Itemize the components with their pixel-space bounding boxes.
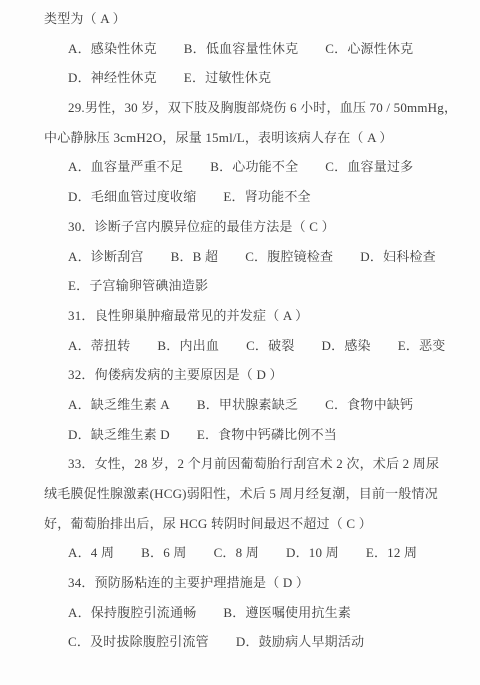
text-line: 32．佝偻病发病的主要原因是（ D ）: [44, 360, 440, 390]
text-line: 29.男性，30 岁，双下肢及胸腹部烧伤 6 小时，血压 70 / 50mmHg…: [44, 93, 440, 123]
option-line: A．血容量严重不足B．心功能不全C．血容量过多: [44, 152, 440, 182]
option-line: A．蒂扭转B．内出血C．破裂D．感染E．恶变: [44, 331, 440, 361]
option-item: C．8 周: [214, 538, 259, 568]
text-line: 绒毛膜促性腺激素(HCG)弱阳性，术后 5 周月经复潮，目前一般情况: [44, 479, 440, 509]
option-item: A．4 周: [68, 538, 114, 568]
option-item: B．心功能不全: [210, 152, 298, 182]
option-item: C．破裂: [246, 331, 294, 361]
text-line: 31．良性卵巢肿瘤最常见的并发症（ A ）: [44, 301, 440, 331]
option-item: A．蒂扭转: [68, 331, 130, 361]
option-line: E．子宫输卵管碘油造影: [44, 271, 440, 301]
option-line: A．感染性休克B．低血容量性休克C．心源性休克: [44, 34, 440, 64]
option-item: D．10 周: [286, 538, 339, 568]
text-line: 33．女性，28 岁，2 个月前因葡萄胎行刮宫术 2 次，术后 2 周尿: [44, 449, 440, 479]
option-item: B．内出血: [157, 331, 219, 361]
option-line: C．及时拔除腹腔引流管D．鼓励病人早期活动: [44, 627, 440, 657]
option-item: E．过敏性休克: [184, 63, 271, 93]
option-item: D．鼓励病人早期活动: [236, 627, 364, 657]
option-item: A．缺乏维生素 A: [68, 390, 170, 420]
option-line: A．缺乏维生素 AB．甲状腺素缺乏C．食物中缺钙: [44, 390, 440, 420]
option-item: A．感染性休克: [68, 34, 157, 64]
option-line: D．神经性休克E．过敏性休克: [44, 63, 440, 93]
option-item: E．食物中钙磷比例不当: [197, 420, 337, 450]
option-item: D．神经性休克: [68, 63, 157, 93]
option-item: E．恶变: [398, 331, 446, 361]
option-item: C．及时拔除腹腔引流管: [68, 627, 209, 657]
option-line: A．保持腹腔引流通畅B．遵医嘱使用抗生素: [44, 598, 440, 628]
option-item: D．缺乏维生素 D: [68, 420, 170, 450]
option-item: E．肾功能不全: [223, 182, 310, 212]
option-item: D．感染: [322, 331, 371, 361]
document-page: 类型为（ A ）A．感染性休克B．低血容量性休克C．心源性休克D．神经性休克E．…: [0, 0, 480, 685]
option-item: E．12 周: [366, 538, 417, 568]
text-line: 中心静脉压 3cmH2O，尿量 15ml/L，表明该病人存在（ A ）: [44, 123, 440, 153]
option-item: C．腹腔镜检查: [245, 242, 333, 272]
option-item: B．6 周: [141, 538, 186, 568]
text-line: 34．预防肠粘连的主要护理措施是（ D ）: [44, 568, 440, 598]
option-item: B．遵医嘱使用抗生素: [223, 598, 351, 628]
option-item: A．血容量严重不足: [68, 152, 183, 182]
option-item: C．食物中缺钙: [325, 390, 413, 420]
option-item: B．甲状腺素缺乏: [197, 390, 298, 420]
option-item: E．子宫输卵管碘油造影: [68, 271, 208, 301]
option-line: A．4 周B．6 周C．8 周D．10 周E．12 周: [44, 538, 440, 568]
text-line: 好，葡萄胎排出后，尿 HCG 转阴时间最迟不超过（ C ）: [44, 509, 440, 539]
option-item: C．心源性休克: [325, 34, 413, 64]
option-item: A．诊断刮宫: [68, 242, 144, 272]
option-line: D．毛细血管过度收缩E．肾功能不全: [44, 182, 440, 212]
option-line: A．诊断刮宫B．B 超C．腹腔镜检查D．妇科检查: [44, 242, 440, 272]
text-line: 类型为（ A ）: [44, 4, 440, 34]
option-item: C．血容量过多: [325, 152, 413, 182]
option-item: D．妇科检查: [360, 242, 436, 272]
option-item: B．B 超: [171, 242, 219, 272]
option-item: B．低血容量性休克: [184, 34, 298, 64]
option-item: D．毛细血管过度收缩: [68, 182, 196, 212]
option-line: D．缺乏维生素 DE．食物中钙磷比例不当: [44, 420, 440, 450]
option-item: A．保持腹腔引流通畅: [68, 598, 196, 628]
text-line: 30．诊断子宫内膜异位症的最佳方法是（ C ）: [44, 212, 440, 242]
